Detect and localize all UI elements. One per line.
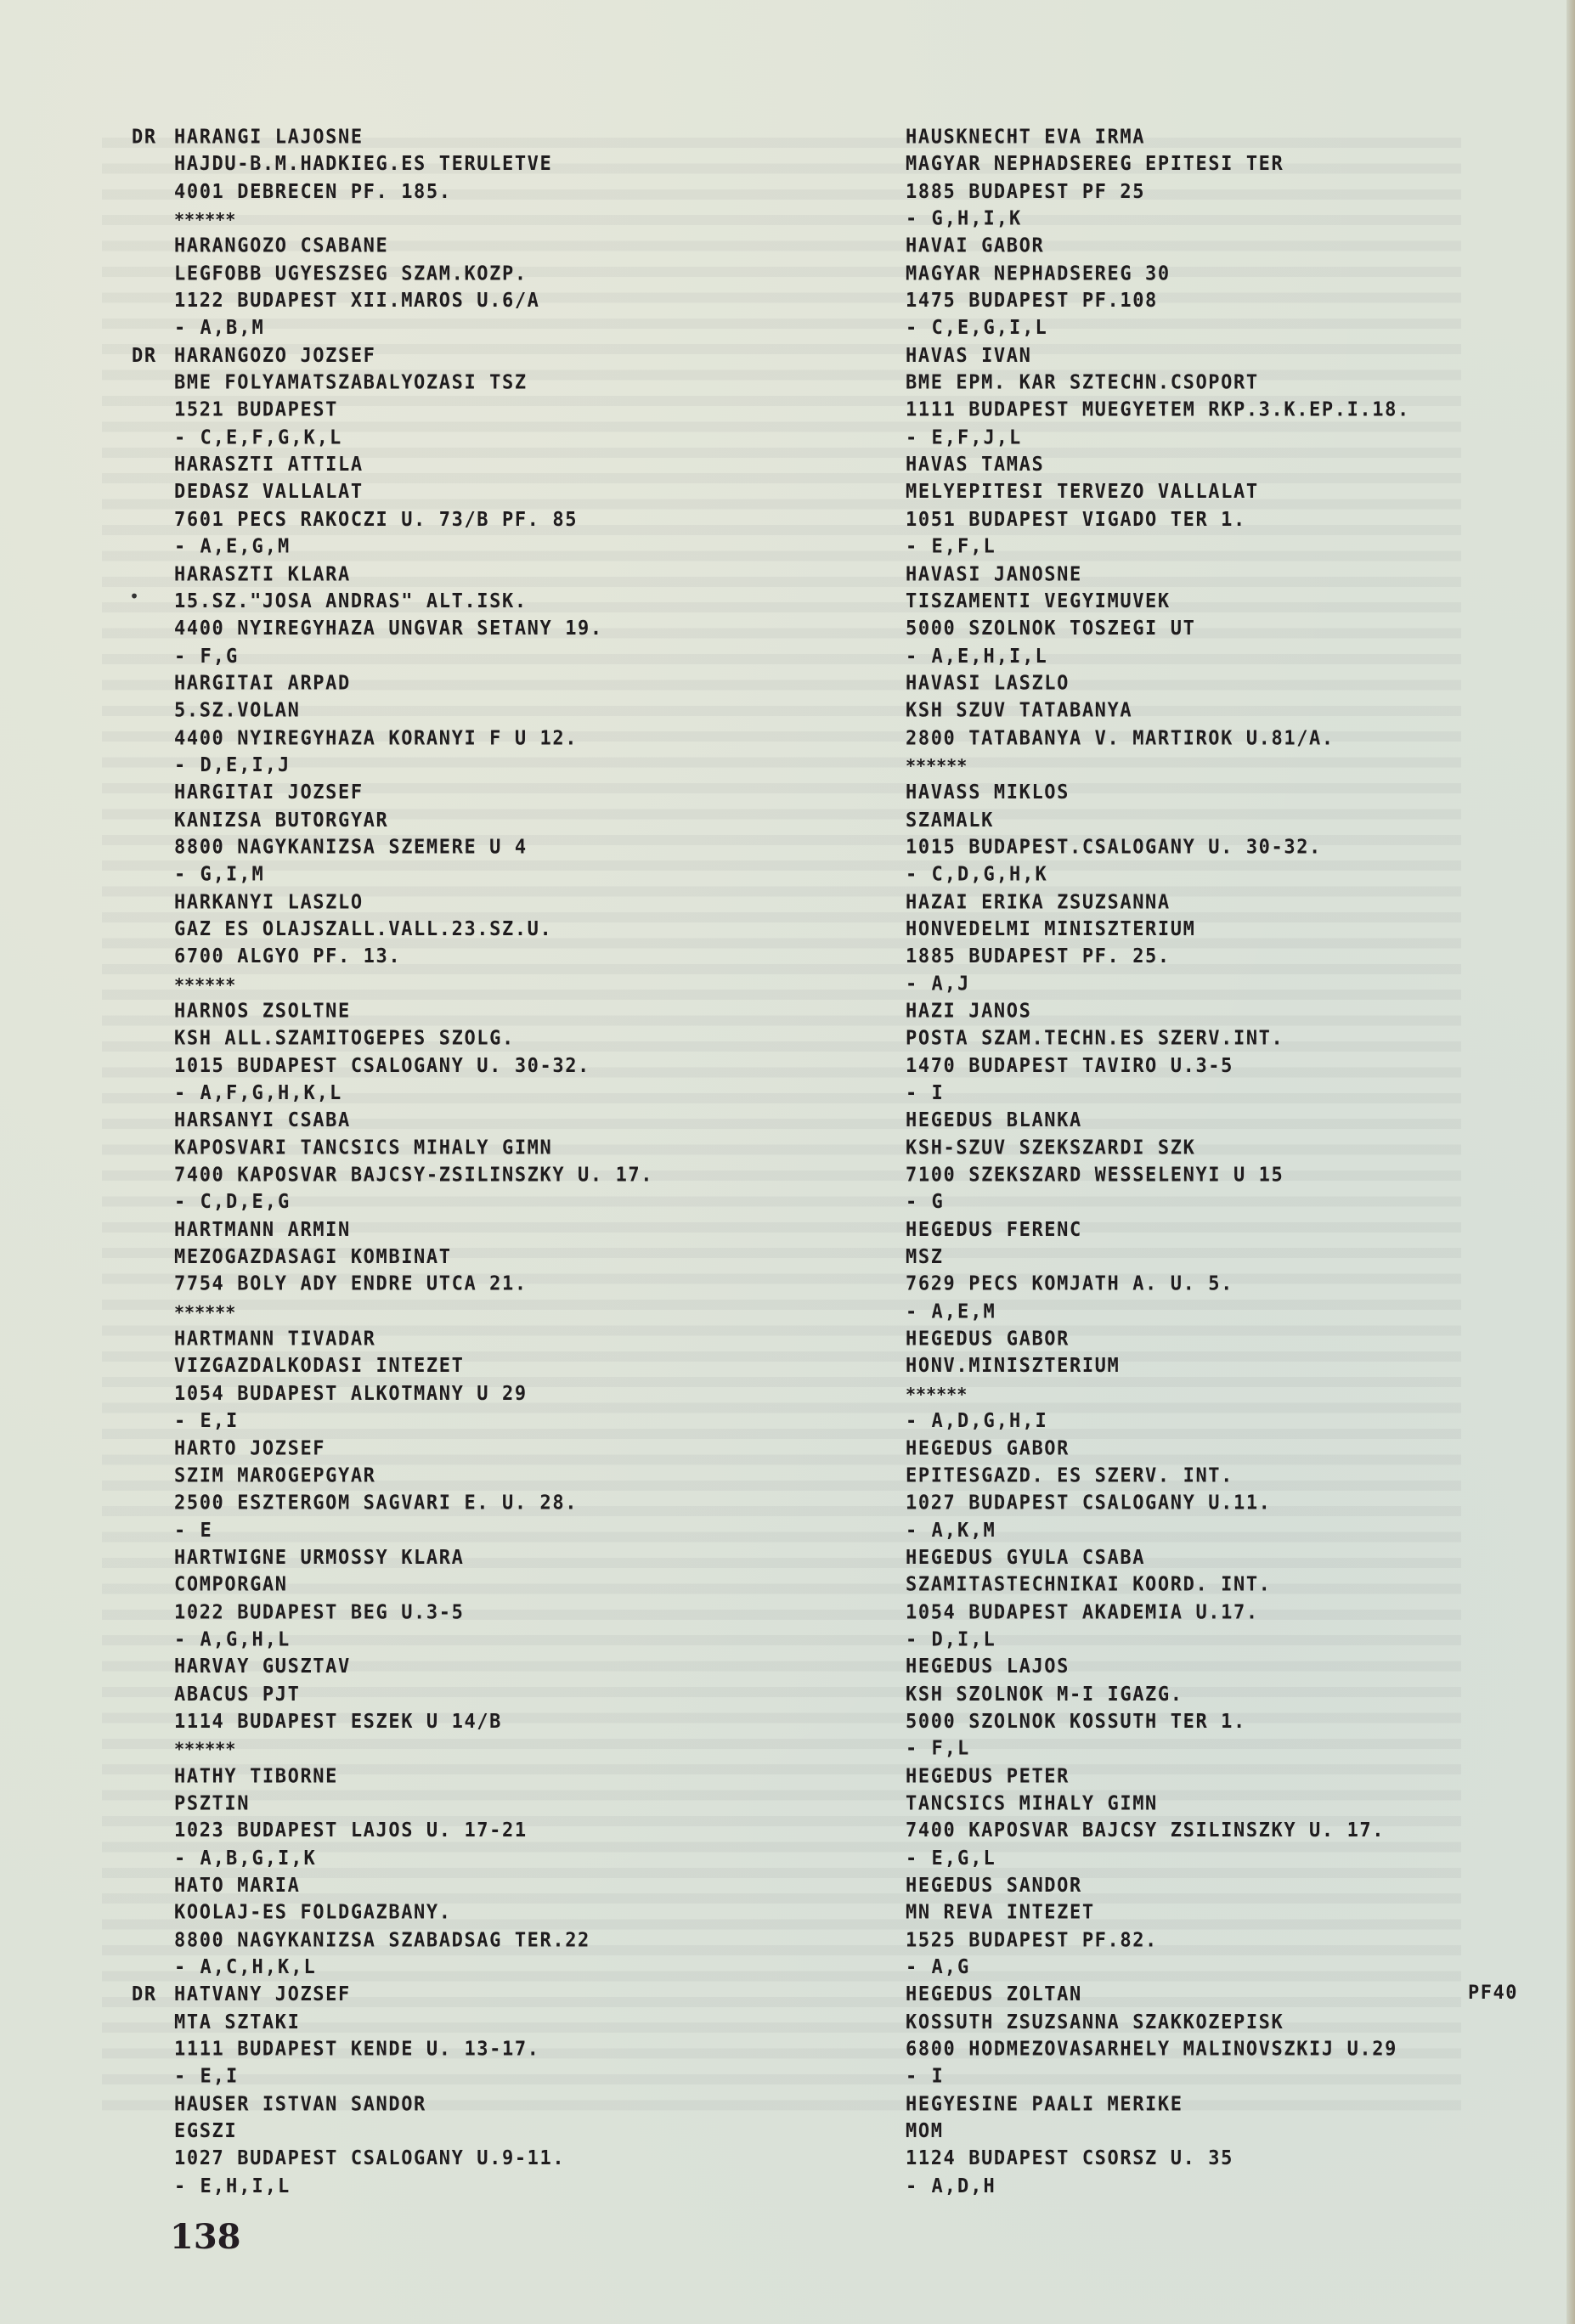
organization-line: GAZ ES OLAJSZALL.VALL.23.SZ.U.	[174, 917, 653, 944]
organization-line: SZAMITASTECHNIKAI KOORD. INT.	[906, 1572, 1410, 1599]
address-line: 1525 BUDAPEST PF.82.	[906, 1927, 1410, 1955]
page-edge	[1567, 0, 1575, 2324]
interest-codes: - C,E,G,I,L	[906, 315, 1410, 342]
directory-entry: HARGITAI JOZSEFKANIZSA BUTORGYAR8800 NAG…	[174, 780, 653, 889]
entry-name-line: HARNOS ZSOLTNE	[174, 998, 653, 1025]
organization-line: KAPOSVARI TANCSICS MIHALY GIMN	[174, 1135, 653, 1162]
person-name: HEGEDUS GABOR	[906, 1437, 1070, 1460]
address-line: 1051 BUDAPEST VIGADO TER 1.	[906, 506, 1410, 533]
directory-entry: HARNOS ZSOLTNEKSH ALL.SZAMITOGEPES SZOLG…	[174, 998, 653, 1108]
interest-codes: - E,I	[174, 1408, 653, 1436]
directory-entry: DRHATVANY JOZSEFMTA SZTAKI1111 BUDAPEST …	[174, 1982, 653, 2091]
person-name: HARANGOZO JOZSEF	[174, 344, 376, 367]
entry-name-line: HEGEDUS LAJOS	[906, 1654, 1410, 1681]
person-name: HARGITAI ARPAD	[174, 672, 351, 695]
interest-codes: - G	[906, 1189, 1410, 1216]
directory-entry: HAVASS MIKLOSSZAMALK1015 BUDAPEST.CSALOG…	[906, 780, 1410, 889]
person-name: HATVANY JOZSEF	[174, 1983, 351, 2006]
separator-stars: ******	[906, 753, 1410, 780]
directory-entry: HAUSER ISTVAN SANDOREGSZI1027 BUDAPEST C…	[174, 2091, 653, 2201]
address-line: 5000 SZOLNOK KOSSUTH TER 1.	[906, 1709, 1410, 1736]
person-name: HARTO JOZSEF	[174, 1437, 325, 1460]
directory-entry: HEGEDUS GABOREPITESGAZD. ES SZERV. INT.1…	[906, 1436, 1410, 1545]
person-name: HEGEDUS FERENC	[906, 1219, 1082, 1242]
address-line: 6800 HODMEZOVASARHELY MALINOVSZKIJ U.29	[906, 2037, 1410, 2064]
entry-name-line: HAZAI ERIKA ZSUZSANNA	[906, 889, 1410, 917]
organization-line: MTA SZTAKI	[174, 2009, 653, 2036]
organization-line: HONVEDELMI MINISZTERIUM	[906, 917, 1410, 944]
interest-codes: - A,E,G,M	[174, 533, 653, 561]
address-line: 1124 BUDAPEST CSORSZ U. 35	[906, 2146, 1410, 2173]
interest-codes: - A,B,G,I,K	[174, 1845, 653, 1872]
organization-line: LEGFOBB UGYESZSEG SZAM.KOZP.	[174, 261, 653, 288]
directory-entry: HARGITAI ARPAD5.SZ.VOLAN4400 NYIREGYHAZA…	[174, 670, 653, 780]
entry-name-line: HAZI JANOS	[906, 998, 1410, 1025]
directory-entry: HAVASI JANOSNETISZAMENTI VEGYIMUVEK5000 …	[906, 561, 1410, 671]
organization-line: EPITESGAZD. ES SZERV. INT.	[906, 1463, 1410, 1490]
person-name: HEGEDUS PETER	[906, 1765, 1070, 1788]
interest-codes: - G,H,I,K	[906, 206, 1410, 233]
interest-codes: - E	[174, 1517, 653, 1544]
organization-line: MAGYAR NEPHADSEREG 30	[906, 261, 1410, 288]
directory-entry: HEGEDUS FERENCMSZ7629 PECS KOMJATH A. U.…	[906, 1217, 1410, 1327]
directory-entry: DRHARANGOZO JOZSEFBME FOLYAMATSZABALYOZA…	[174, 342, 653, 452]
address-line: 1114 BUDAPEST ESZEK U 14/B	[174, 1709, 653, 1736]
entry-name-line: HAUSKNECHT EVA IRMA	[906, 124, 1410, 151]
directory-entry: HARTWIGNE URMOSSY KLARACOMPORGAN1022 BUD…	[174, 1545, 653, 1655]
person-name: HARVAY GUSZTAV	[174, 1656, 351, 1678]
person-name: HAVAI GABOR	[906, 235, 1044, 258]
organization-line: VIZGAZDALKODASI INTEZET	[174, 1353, 653, 1380]
directory-entry: HARTO JOZSEFSZIM MAROGEPGYAR2500 ESZTERG…	[174, 1436, 653, 1545]
interest-codes: - E,G,L	[906, 1845, 1410, 1872]
address-line: 5000 SZOLNOK TOSZEGI UT	[906, 616, 1410, 643]
directory-entry: HARTMANN TIVADARVIZGAZDALKODASI INTEZET1…	[174, 1326, 653, 1436]
organization-line: MELYEPITESI TERVEZO VALLALAT	[906, 479, 1410, 506]
interest-codes: - A,D,G,H,I	[906, 1408, 1410, 1436]
address-line: 7400 KAPOSVAR BAJCSY ZSILINSZKY U. 17.	[906, 1818, 1410, 1845]
address-line: 1054 BUDAPEST ALKOTMANY U 29	[174, 1381, 653, 1408]
entry-name-line: HARASZTI KLARA	[174, 561, 653, 589]
person-name: HEGEDUS BLANKA	[906, 1109, 1082, 1132]
entry-name-line: HARASZTI ATTILA	[174, 452, 653, 479]
title-prefix: DR	[132, 342, 169, 369]
person-name: HAZI JANOS	[906, 1000, 1031, 1023]
interest-codes: - E,F,J,L	[906, 425, 1410, 452]
interest-codes: - A,E,H,I,L	[906, 643, 1410, 670]
corner-code: PF40	[1468, 1983, 1518, 2004]
address-line: 1885 BUDAPEST PF 25	[906, 178, 1410, 206]
interest-codes: - I	[906, 2064, 1410, 2091]
interest-codes: - I	[906, 1080, 1410, 1108]
entry-name-line: HEGEDUS BLANKA	[906, 1108, 1410, 1135]
organization-line: POSTA SZAM.TECHN.ES SZERV.INT.	[906, 1025, 1410, 1052]
directory-entry: HAZI JANOSPOSTA SZAM.TECHN.ES SZERV.INT.…	[906, 998, 1410, 1108]
address-line: 2500 ESZTERGOM SAGVARI E. U. 28.	[174, 1490, 653, 1517]
interest-codes: - G,I,M	[174, 861, 653, 888]
interest-codes: - E,F,L	[906, 533, 1410, 561]
person-name: HAVASS MIKLOS	[906, 781, 1070, 804]
entry-name-line: HAVAI GABOR	[906, 234, 1410, 261]
person-name: HAZAI ERIKA ZSUZSANNA	[906, 891, 1171, 914]
address-line: 1122 BUDAPEST XII.MAROS U.6/A	[174, 288, 653, 315]
address-line: 1015 BUDAPEST.CSALOGANY U. 30-32.	[906, 834, 1410, 861]
interest-codes: - C,D,G,H,K	[906, 861, 1410, 888]
entry-name-line: HAVAS IVAN	[906, 342, 1410, 369]
organization-line: PSZTIN	[174, 1791, 653, 1818]
person-name: HAVAS TAMAS	[906, 454, 1044, 477]
entry-name-line: HEGEDUS FERENC	[906, 1217, 1410, 1244]
organization-line: KSH ALL.SZAMITOGEPES SZOLG.	[174, 1025, 653, 1052]
directory-entry: HARSANYI CSABAKAPOSVARI TANCSICS MIHALY …	[174, 1108, 653, 1217]
address-line: 2800 TATABANYA V. MARTIROK U.81/A.	[906, 725, 1410, 753]
directory-entry: HEGEDUS GYULA CSABASZAMITASTECHNIKAI KOO…	[906, 1545, 1410, 1655]
address-line: 1022 BUDAPEST BEG U.3-5	[174, 1599, 653, 1627]
address-line: 7400 KAPOSVAR BAJCSY-ZSILINSZKY U. 17.	[174, 1162, 653, 1189]
entry-name-line: HARTMANN ARMIN	[174, 1217, 653, 1244]
person-name: HATHY TIBORNE	[174, 1765, 338, 1788]
person-name: HARTWIGNE URMOSSY KLARA	[174, 1547, 464, 1570]
directory-entry: HAVAS TAMASMELYEPITESI TERVEZO VALLALAT1…	[906, 452, 1410, 561]
person-name: HEGEDUS SANDOR	[906, 1875, 1082, 1898]
address-line: 1521 BUDAPEST	[174, 398, 653, 425]
interest-codes: - C,D,E,G	[174, 1189, 653, 1216]
directory-entry: HARASZTI ATTILADEDASZ VALLALAT7601 PECS …	[174, 452, 653, 561]
organization-line: SZIM MAROGEPGYAR	[174, 1463, 653, 1490]
organization-line: TISZAMENTI VEGYIMUVEK	[906, 589, 1410, 616]
address-line: 6700 ALGYO PF. 13.	[174, 944, 653, 971]
address-line: 1470 BUDAPEST TAVIRO U.3-5	[906, 1053, 1410, 1080]
organization-line: MSZ	[906, 1244, 1410, 1272]
address-line: 1885 BUDAPEST PF. 25.	[906, 944, 1410, 971]
directory-entry: HAZAI ERIKA ZSUZSANNAHONVEDELMI MINISZTE…	[906, 889, 1410, 999]
entry-name-line: HAVASI LASZLO	[906, 670, 1410, 697]
person-name: HAUSKNECHT EVA IRMA	[906, 126, 1145, 149]
directory-entry: DRHARANGI LAJOSNEHAJDU-B.M.HADKIEG.ES TE…	[174, 124, 653, 234]
person-name: HARANGI LAJOSNE	[174, 126, 364, 149]
person-name: HAVAS IVAN	[906, 344, 1031, 367]
address-line: 1475 BUDAPEST PF.108	[906, 288, 1410, 315]
entry-name-line: HARTWIGNE URMOSSY KLARA	[174, 1545, 653, 1572]
interest-codes: - A,G,H,L	[174, 1627, 653, 1654]
interest-codes: - E,I	[174, 2064, 653, 2091]
person-name: HARKANYI LASZLO	[174, 891, 364, 914]
organization-line: MAGYAR NEPHADSEREG EPITESI TER	[906, 151, 1410, 178]
address-line: 7629 PECS KOMJATH A. U. 5.	[906, 1272, 1410, 1299]
organization-line: TANCSICS MIHALY GIMN	[906, 1791, 1410, 1818]
address-line: 7100 SZEKSZARD WESSELENYI U 15	[906, 1162, 1410, 1189]
interest-codes: - A,G	[906, 1955, 1410, 1982]
person-name: HEGEDUS GYULA CSABA	[906, 1547, 1145, 1570]
organization-line: MOM	[906, 2118, 1410, 2146]
address-line: 1111 BUDAPEST MUEGYETEM RKP.3.K.EP.I.18.	[906, 398, 1410, 425]
directory-entry: HEGEDUS PETERTANCSICS MIHALY GIMN7400 KA…	[906, 1763, 1410, 1873]
entry-name-line: HEGYESINE PAALI MERIKE	[906, 2091, 1410, 2118]
address-line: 4001 DEBRECEN PF. 185.	[174, 178, 653, 206]
entry-name-line: HARANGOZO CSABANE	[174, 234, 653, 261]
organization-line: 15.SZ."JOSA ANDRAS" ALT.ISK.	[174, 589, 653, 616]
interest-codes: - E,H,I,L	[174, 2173, 653, 2200]
interest-codes: - C,E,F,G,K,L	[174, 425, 653, 452]
organization-line: MN REVA INTEZET	[906, 1900, 1410, 1927]
organization-line: KOSSUTH ZSUZSANNA SZAKKOZEPISK	[906, 2009, 1410, 2036]
organization-line: KSH-SZUV SZEKSZARDI SZK	[906, 1135, 1410, 1162]
separator-stars: ******	[174, 971, 653, 998]
organization-line: EGSZI	[174, 2118, 653, 2146]
person-name: HARTMANN TIVADAR	[174, 1328, 376, 1351]
directory-column-right: HAUSKNECHT EVA IRMAMAGYAR NEPHADSEREG EP…	[906, 124, 1410, 2200]
person-name: HAUSER ISTVAN SANDOR	[174, 2093, 426, 2116]
organization-line: HONV.MINISZTERIUM	[906, 1353, 1410, 1380]
entry-name-line: HARTO JOZSEF	[174, 1436, 653, 1463]
interest-codes: - F,L	[906, 1736, 1410, 1763]
person-name: HARTMANN ARMIN	[174, 1219, 351, 1242]
organization-line: MEZOGAZDASAGI KOMBINAT	[174, 1244, 653, 1272]
address-line: 7601 PECS RAKOCZI U. 73/B PF. 85	[174, 506, 653, 533]
entry-name-line: HARKANYI LASZLO	[174, 889, 653, 917]
organization-line: ABACUS PJT	[174, 1681, 653, 1708]
interest-codes: - D,I,L	[906, 1627, 1410, 1654]
directory-entry: HATHY TIBORNEPSZTIN1023 BUDAPEST LAJOS U…	[174, 1763, 653, 1873]
organization-line: BME EPM. KAR SZTECHN.CSOPORT	[906, 369, 1410, 397]
margin-mark: •	[129, 586, 139, 606]
interest-codes: - F,G	[174, 643, 653, 670]
interest-codes: - A,D,H	[906, 2173, 1410, 2200]
entry-name-line: HEGEDUS PETER	[906, 1763, 1410, 1791]
entry-name-line: DRHARANGOZO JOZSEF	[174, 342, 653, 369]
entry-name-line: HARVAY GUSZTAV	[174, 1654, 653, 1681]
address-line: 7754 BOLY ADY ENDRE UTCA 21.	[174, 1272, 653, 1299]
address-line: 1054 BUDAPEST AKADEMIA U.17.	[906, 1599, 1410, 1627]
person-name: HARASZTI ATTILA	[174, 454, 364, 477]
directory-entry: HAVASI LASZLOKSH SZUV TATABANYA2800 TATA…	[906, 670, 1410, 780]
entry-name-line: HAUSER ISTVAN SANDOR	[174, 2091, 653, 2118]
entry-name-line: DRHATVANY JOZSEF	[174, 1982, 653, 2009]
address-line: 8800 NAGYKANIZSA SZABADSAG TER.22	[174, 1927, 653, 1955]
entry-name-line: HARGITAI JOZSEF	[174, 780, 653, 807]
separator-stars: ******	[174, 1299, 653, 1326]
directory-entry: HEGEDUS GABORHONV.MINISZTERIUM******- A,…	[906, 1326, 1410, 1436]
organization-line: KSH SZUV TATABANYA	[906, 697, 1410, 725]
interest-codes: - D,E,I,J	[174, 753, 653, 780]
entry-name-line: HARGITAI ARPAD	[174, 670, 653, 697]
interest-codes: - A,E,M	[906, 1299, 1410, 1326]
organization-line: KANIZSA BUTORGYAR	[174, 807, 653, 834]
page-number: 138	[170, 2217, 241, 2257]
address-line: 8800 NAGYKANIZSA SZEMERE U 4	[174, 834, 653, 861]
entry-name-line: HEGEDUS GABOR	[906, 1326, 1410, 1353]
title-prefix: DR	[132, 1982, 169, 2009]
organization-line: 5.SZ.VOLAN	[174, 697, 653, 725]
address-line: 1015 BUDAPEST CSALOGANY U. 30-32.	[174, 1053, 653, 1080]
organization-line: KOOLAJ-ES FOLDGAZBANY.	[174, 1900, 653, 1927]
separator-stars: ******	[174, 206, 653, 233]
person-name: HARASZTI KLARA	[174, 563, 351, 586]
directory-entry: HEGEDUS LAJOSKSH SZOLNOK M-I IGAZG.5000 …	[906, 1654, 1410, 1763]
entry-name-line: HEGEDUS ZOLTAN	[906, 1982, 1410, 2009]
address-line: 1023 BUDAPEST LAJOS U. 17-21	[174, 1818, 653, 1845]
entry-name-line: HAVASI JANOSNE	[906, 561, 1410, 589]
directory-entry: HARKANYI LASZLOGAZ ES OLAJSZALL.VALL.23.…	[174, 889, 653, 999]
interest-codes: - A,F,G,H,K,L	[174, 1080, 653, 1108]
entry-name-line: HEGEDUS SANDOR	[906, 1873, 1410, 1900]
separator-stars: ******	[174, 1736, 653, 1763]
entry-name-line: DRHARANGI LAJOSNE	[174, 124, 653, 151]
directory-entry: HEGEDUS ZOLTANKOSSUTH ZSUZSANNA SZAKKOZE…	[906, 1982, 1410, 2091]
directory-entry: HEGYESINE PAALI MERIKEMOM1124 BUDAPEST C…	[906, 2091, 1410, 2201]
person-name: HAVASI LASZLO	[906, 672, 1070, 695]
interest-codes: - A,J	[906, 971, 1410, 998]
interest-codes: - A,B,M	[174, 315, 653, 342]
entry-name-line: HAVAS TAMAS	[906, 452, 1410, 479]
entry-name-line: HATHY TIBORNE	[174, 1763, 653, 1791]
entry-name-line: HAVASS MIKLOS	[906, 780, 1410, 807]
directory-entry: HARASZTI KLARA15.SZ."JOSA ANDRAS" ALT.IS…	[174, 561, 653, 671]
address-line: 1027 BUDAPEST CSALOGANY U.9-11.	[174, 2146, 653, 2173]
interest-codes: - A,C,H,K,L	[174, 1955, 653, 1982]
person-name: HARSANYI CSABA	[174, 1109, 351, 1132]
person-name: HAVASI JANOSNE	[906, 563, 1082, 586]
organization-line: SZAMALK	[906, 807, 1410, 834]
address-line: 1111 BUDAPEST KENDE U. 13-17.	[174, 2037, 653, 2064]
entry-name-line: HEGEDUS GYULA CSABA	[906, 1545, 1410, 1572]
title-prefix: DR	[132, 124, 169, 151]
person-name: HATO MARIA	[174, 1875, 300, 1898]
directory-entry: HAVAS IVANBME EPM. KAR SZTECHN.CSOPORT11…	[906, 342, 1410, 452]
directory-entry: HARTMANN ARMINMEZOGAZDASAGI KOMBINAT7754…	[174, 1217, 653, 1327]
address-line: 4400 NYIREGYHAZA UNGVAR SETANY 19.	[174, 616, 653, 643]
person-name: HEGYESINE PAALI MERIKE	[906, 2093, 1183, 2116]
directory-entry: HAUSKNECHT EVA IRMAMAGYAR NEPHADSEREG EP…	[906, 124, 1410, 234]
person-name: HEGEDUS ZOLTAN	[906, 1983, 1082, 2006]
person-name: HARNOS ZSOLTNE	[174, 1000, 351, 1023]
entry-name-line: HEGEDUS GABOR	[906, 1436, 1410, 1463]
directory-entry: HEGEDUS SANDORMN REVA INTEZET1525 BUDAPE…	[906, 1873, 1410, 1983]
directory-entry: HATO MARIAKOOLAJ-ES FOLDGAZBANY.8800 NAG…	[174, 1873, 653, 1983]
directory-entry: HEGEDUS BLANKAKSH-SZUV SZEKSZARDI SZK710…	[906, 1108, 1410, 1217]
organization-line: COMPORGAN	[174, 1572, 653, 1599]
person-name: HEGEDUS GABOR	[906, 1328, 1070, 1351]
interest-codes: - A,K,M	[906, 1517, 1410, 1544]
address-line: 4400 NYIREGYHAZA KORANYI F U 12.	[174, 725, 653, 753]
entry-name-line: HARTMANN TIVADAR	[174, 1326, 653, 1353]
address-line: 1027 BUDAPEST CSALOGANY U.11.	[906, 1490, 1410, 1517]
person-name: HEGEDUS LAJOS	[906, 1656, 1070, 1678]
person-name: HARGITAI JOZSEF	[174, 781, 364, 804]
entry-name-line: HARSANYI CSABA	[174, 1108, 653, 1135]
directory-entry: HARANGOZO CSABANELEGFOBB UGYESZSEG SZAM.…	[174, 234, 653, 343]
organization-line: DEDASZ VALLALAT	[174, 479, 653, 506]
separator-stars: ******	[906, 1381, 1410, 1408]
organization-line: KSH SZOLNOK M-I IGAZG.	[906, 1681, 1410, 1708]
directory-column-left: DRHARANGI LAJOSNEHAJDU-B.M.HADKIEG.ES TE…	[174, 124, 653, 2200]
directory-entry: HAVAI GABORMAGYAR NEPHADSEREG 301475 BUD…	[906, 234, 1410, 343]
directory-entry: HARVAY GUSZTAVABACUS PJT1114 BUDAPEST ES…	[174, 1654, 653, 1763]
organization-line: BME FOLYAMATSZABALYOZASI TSZ	[174, 369, 653, 397]
person-name: HARANGOZO CSABANE	[174, 235, 388, 258]
entry-name-line: HATO MARIA	[174, 1873, 653, 1900]
organization-line: HAJDU-B.M.HADKIEG.ES TERULETVE	[174, 151, 653, 178]
